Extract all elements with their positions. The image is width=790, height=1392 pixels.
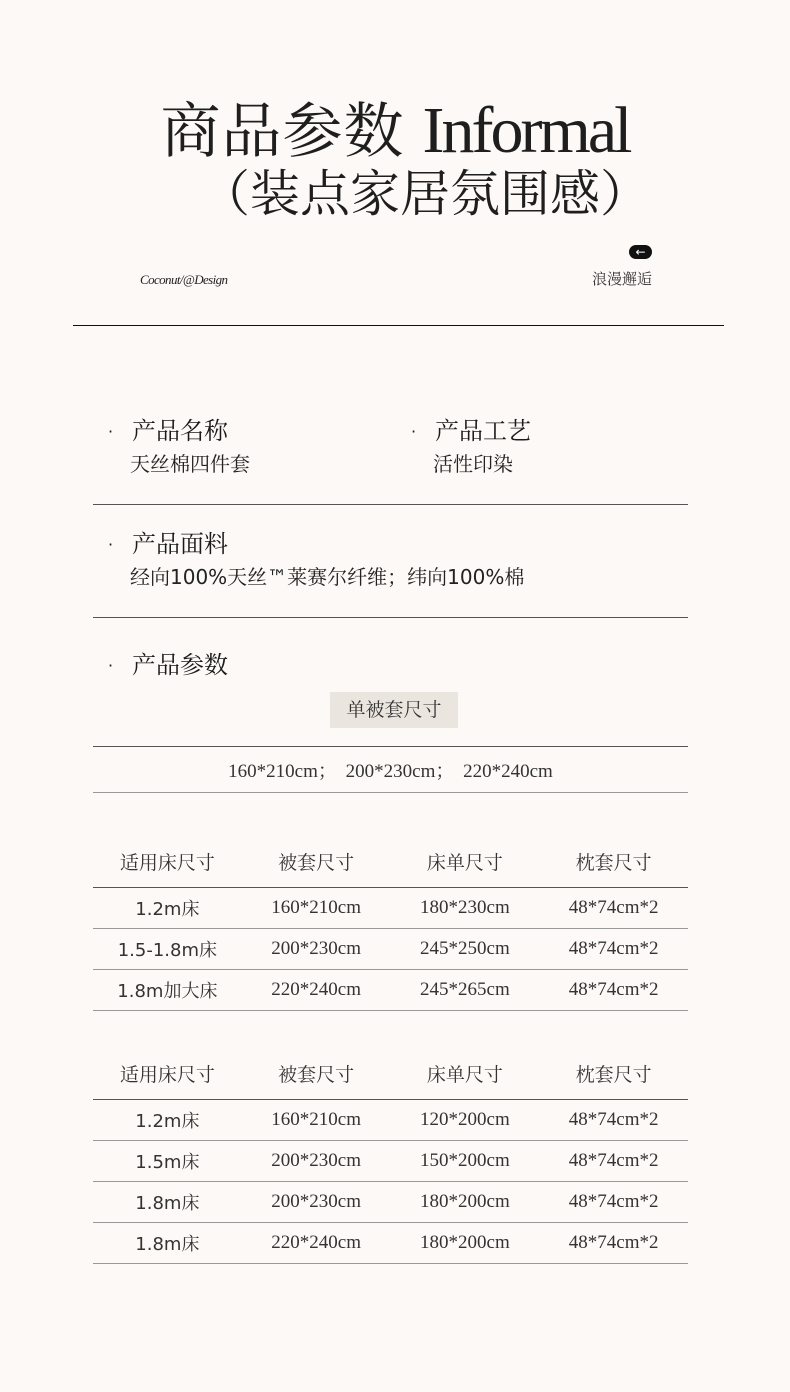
table-header-row: 适用床尺寸 被套尺寸 床单尺寸 枕套尺寸	[93, 836, 688, 888]
header-divider	[73, 325, 724, 326]
product-fabric-section: ·产品面料 经向100%天丝™莱赛尔纤维；纬向100%棉	[108, 529, 524, 590]
col-bed-size: 适用床尺寸	[93, 1048, 242, 1100]
brand-label: Coconut/@Design	[140, 272, 227, 288]
cell-pillowcase-size: 48*74cm*2	[539, 1141, 688, 1182]
single-duvet-size-tag: 单被套尺寸	[330, 692, 458, 728]
cell-pillowcase-size: 48*74cm*2	[539, 1100, 688, 1141]
table-row: 1.5m床 200*230cm 150*200cm 48*74cm*2	[93, 1141, 688, 1182]
product-craft-label: 产品工艺	[435, 417, 531, 445]
cell-duvet-size: 200*230cm	[242, 1141, 391, 1182]
cell-sheet-size: 150*200cm	[391, 1141, 540, 1182]
cell-duvet-size: 160*210cm	[242, 1100, 391, 1141]
col-duvet-size: 被套尺寸	[242, 836, 391, 888]
section-divider	[93, 746, 688, 747]
cell-sheet-size: 180*230cm	[391, 888, 540, 929]
cell-duvet-size: 200*230cm	[242, 929, 391, 970]
cell-sheet-size: 245*250cm	[391, 929, 540, 970]
title-cn: 商品参数	[161, 97, 405, 167]
col-sheet-size: 床单尺寸	[391, 1048, 540, 1100]
cell-pillowcase-size: 48*74cm*2	[539, 888, 688, 929]
product-fabric-label: 产品面料	[132, 530, 228, 558]
section-divider	[93, 617, 688, 618]
cell-duvet-size: 220*240cm	[242, 970, 391, 1011]
table-row: 1.5-1.8m床 200*230cm 245*250cm 48*74cm*2	[93, 929, 688, 970]
col-bed-size: 适用床尺寸	[93, 836, 242, 888]
cell-sheet-size: 180*200cm	[391, 1182, 540, 1223]
cell-sheet-size: 180*200cm	[391, 1223, 540, 1264]
size-table-1: 适用床尺寸 被套尺寸 床单尺寸 枕套尺寸 1.2m床 160*210cm 180…	[93, 836, 688, 1011]
table-header-row: 适用床尺寸 被套尺寸 床单尺寸 枕套尺寸	[93, 1048, 688, 1100]
cell-duvet-size: 200*230cm	[242, 1182, 391, 1223]
tagline: 浪漫邂逅	[592, 268, 652, 289]
col-sheet-size: 床单尺寸	[391, 836, 540, 888]
cell-duvet-size: 220*240cm	[242, 1223, 391, 1264]
product-craft-value: 活性印染	[433, 451, 531, 477]
bullet-icon: ·	[108, 530, 132, 560]
cell-sheet-size: 245*265cm	[391, 970, 540, 1011]
table-row: 1.2m床 160*210cm 180*230cm 48*74cm*2	[93, 888, 688, 929]
cell-pillowcase-size: 48*74cm*2	[539, 970, 688, 1011]
cell-duvet-size: 160*210cm	[242, 888, 391, 929]
bullet-icon: ·	[411, 417, 435, 447]
col-duvet-size: 被套尺寸	[242, 1048, 391, 1100]
col-pillowcase-size: 枕套尺寸	[539, 1048, 688, 1100]
single-duvet-sizes: 160*210cm； 200*230cm； 220*240cm	[93, 756, 688, 783]
cell-bed-size: 1.2m床	[135, 899, 199, 920]
page-title: 商品参数Informal	[0, 96, 790, 167]
product-name-label: 产品名称	[132, 417, 228, 445]
cell-bed-size: 1.2m床	[135, 1111, 199, 1132]
table-row: 1.8m加大床 220*240cm 245*265cm 48*74cm*2	[93, 970, 688, 1011]
bullet-icon: ·	[108, 417, 132, 447]
cell-bed-size: 1.5-1.8m床	[118, 940, 217, 961]
table-row: 1.8m床 220*240cm 180*200cm 48*74cm*2	[93, 1223, 688, 1264]
cell-bed-size: 1.8m床	[135, 1234, 199, 1255]
col-pillowcase-size: 枕套尺寸	[539, 836, 688, 888]
cell-sheet-size: 120*200cm	[391, 1100, 540, 1141]
table-row: 1.8m床 200*230cm 180*200cm 48*74cm*2	[93, 1182, 688, 1223]
product-params-section: ·产品参数	[108, 650, 228, 681]
section-divider	[93, 792, 688, 793]
title-en: Informal	[423, 94, 630, 167]
arrow-left-icon: ←	[629, 245, 652, 259]
table-row: 1.2m床 160*210cm 120*200cm 48*74cm*2	[93, 1100, 688, 1141]
product-craft-section: ·产品工艺 活性印染	[411, 416, 531, 477]
product-name-value: 天丝棉四件套	[130, 451, 250, 477]
cell-bed-size: 1.8m床	[135, 1193, 199, 1214]
cell-pillowcase-size: 48*74cm*2	[539, 1223, 688, 1264]
product-name-section: ·产品名称 天丝棉四件套	[108, 416, 250, 477]
page-subtitle: （装点家居氛围感）	[0, 164, 790, 224]
cell-pillowcase-size: 48*74cm*2	[539, 929, 688, 970]
size-table-2: 适用床尺寸 被套尺寸 床单尺寸 枕套尺寸 1.2m床 160*210cm 120…	[93, 1048, 688, 1264]
cell-bed-size: 1.5m床	[135, 1152, 199, 1173]
product-fabric-value: 经向100%天丝™莱赛尔纤维；纬向100%棉	[130, 564, 524, 590]
product-params-label: 产品参数	[132, 651, 228, 679]
cell-pillowcase-size: 48*74cm*2	[539, 1182, 688, 1223]
bullet-icon: ·	[108, 651, 132, 681]
section-divider	[93, 504, 688, 505]
cell-bed-size: 1.8m加大床	[117, 981, 217, 1002]
